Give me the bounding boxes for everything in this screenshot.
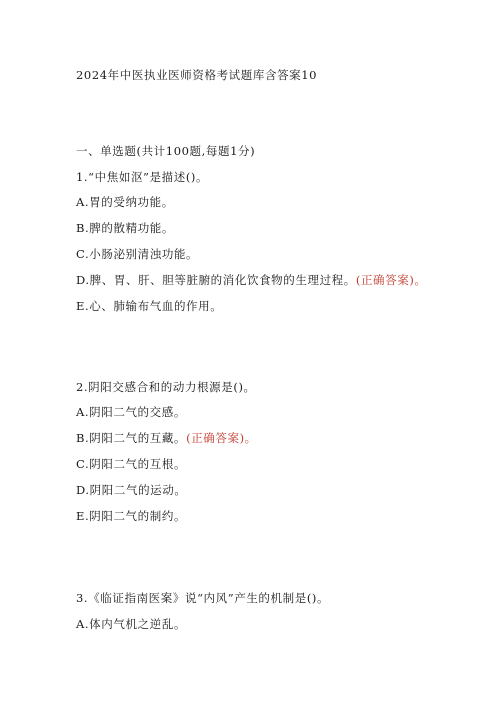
question-2-stem: 2.阴阳交感合和的动力根源是()。 (76, 379, 256, 395)
question-1-option-c: C.小肠泌别清浊功能。 (76, 246, 198, 262)
question-1-option-b: B.脾的散精功能。 (76, 220, 174, 236)
question-2-option-c: C.阴阳二气的互根。 (76, 456, 186, 472)
question-1-stem: 1.“中焦如沤”是描述()。 (76, 169, 208, 185)
question-2-option-d: D.阴阳二气的运动。 (76, 482, 186, 498)
question-2-option-b: B.阴阳二气的互藏。(正确答案)。 (76, 430, 257, 446)
question-1-option-e: E.心、肺输布气血的作用。 (76, 298, 222, 314)
option-text: B.阴阳二气的互藏。 (76, 431, 186, 445)
correct-answer-marker: (正确答案)。 (356, 273, 427, 287)
question-2-option-e: E.阴阳二气的制约。 (76, 508, 186, 524)
question-1-option-d: D.脾、胃、肝、胆等脏腑的消化饮食物的生理过程。(正确答案)。 (76, 272, 427, 288)
question-3-option-a: A.体内气机之逆乱。 (76, 616, 186, 632)
question-1-option-a: A.胃的受纳功能。 (76, 194, 174, 210)
option-text: D.脾、胃、肝、胆等脏腑的消化饮食物的生理过程。 (76, 273, 356, 287)
correct-answer-marker: (正确答案)。 (186, 431, 257, 445)
document-title: 2024年中医执业医师资格考试题库含答案10 (76, 67, 317, 83)
question-3-stem: 3.《临证指南医案》说“内风”产生的机制是()。 (76, 590, 329, 606)
section-heading: 一、单选题(共计100题,每题1分) (76, 143, 255, 159)
question-2-option-a: A.阴阳二气的交感。 (76, 404, 186, 420)
